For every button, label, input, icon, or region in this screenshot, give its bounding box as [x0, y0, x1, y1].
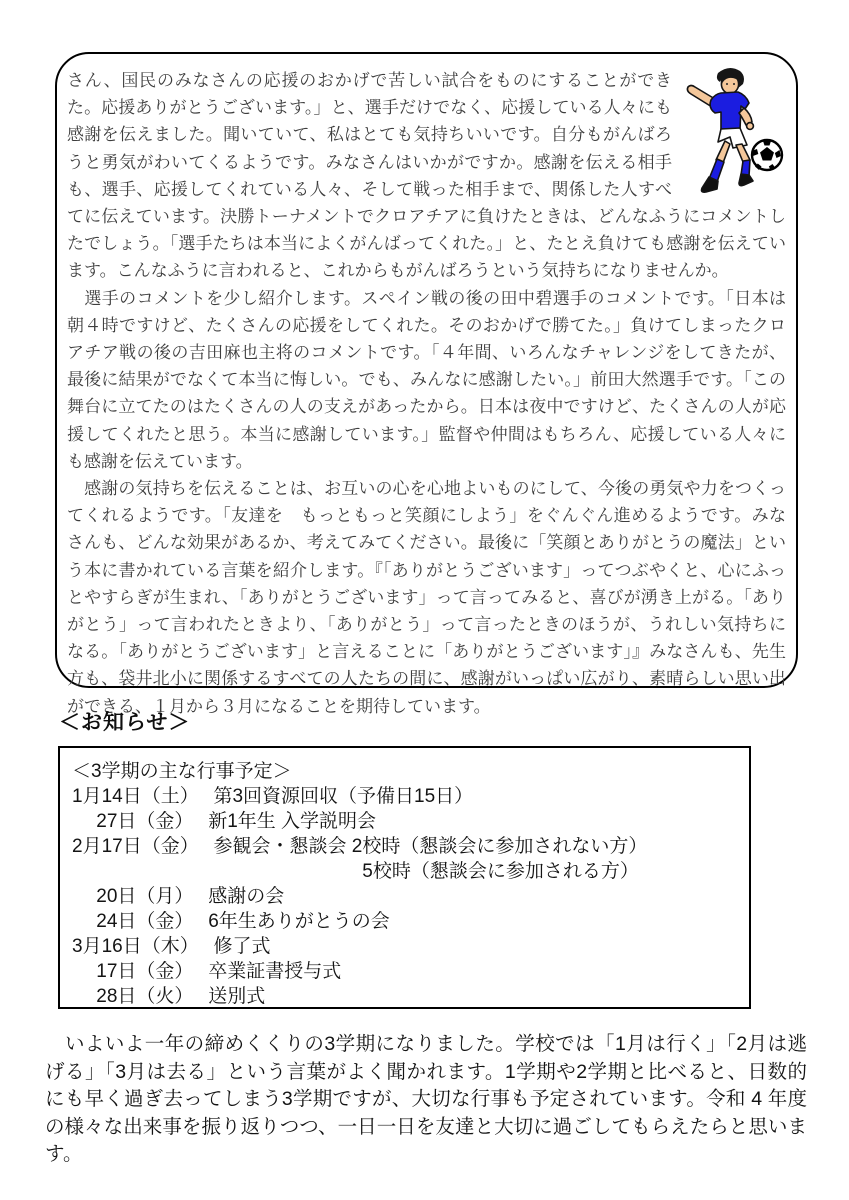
schedule-row-3: 2月17日（金） 参観会・懇談会 2校時（懇談会に参加されない方） [72, 834, 745, 859]
schedule-title: ＜3学期の主な行事予定＞ [72, 759, 745, 784]
schedule-row-5: 20日（月） 感謝の会 [72, 884, 745, 909]
schedule-row-6: 24日（金） 6年生ありがとうの会 [72, 909, 745, 934]
notice-heading: ＜お知らせ＞ [59, 706, 190, 736]
schedule-row-8: 17日（金） 卒業証書授与式 [72, 959, 745, 984]
schedule-box: ＜3学期の主な行事予定＞ 1月14日（土） 第3回資源回収（予備日15日） 27… [58, 746, 751, 1009]
schedule-row-4: 5校時（懇談会に参加される方） [72, 859, 745, 884]
soccer-player-image [680, 67, 786, 199]
letter-paragraph-1: さん、国民のみなさんの応援のおかげで苦しい試合をものにすることができた。応援あり… [67, 67, 786, 285]
schedule-row-1: 1月14日（土） 第3回資源回収（予備日15日） [72, 784, 745, 809]
newsletter-page: { "document": { "letter": { "paragraphs"… [0, 0, 849, 1200]
letter-paragraph-3: 感謝の気持ちを伝えることは、お互いの心を心地よいものにして、今後の勇気や力をつく… [67, 475, 786, 720]
schedule-row-7: 3月16日（木） 修了式 [72, 934, 745, 959]
closing-paragraph: いよいよ一年の締めくくりの3学期になりました。学校では「1月は行く」「2月は逃げ… [45, 1031, 807, 1169]
schedule-row-2: 27日（金） 新1年生 入学説明会 [72, 809, 745, 834]
soccer-player-kicking-ball-icon [680, 67, 786, 199]
letter-paragraph-2: 選手のコメントを少し紹介します。スペイン戦の後の田中碧選手のコメントです。「日本… [67, 285, 786, 475]
schedule-row-9: 28日（火） 送別式 [72, 984, 745, 1009]
letter-rounded-box: さん、国民のみなさんの応援のおかげで苦しい試合をものにすることができた。応援あり… [55, 52, 798, 688]
